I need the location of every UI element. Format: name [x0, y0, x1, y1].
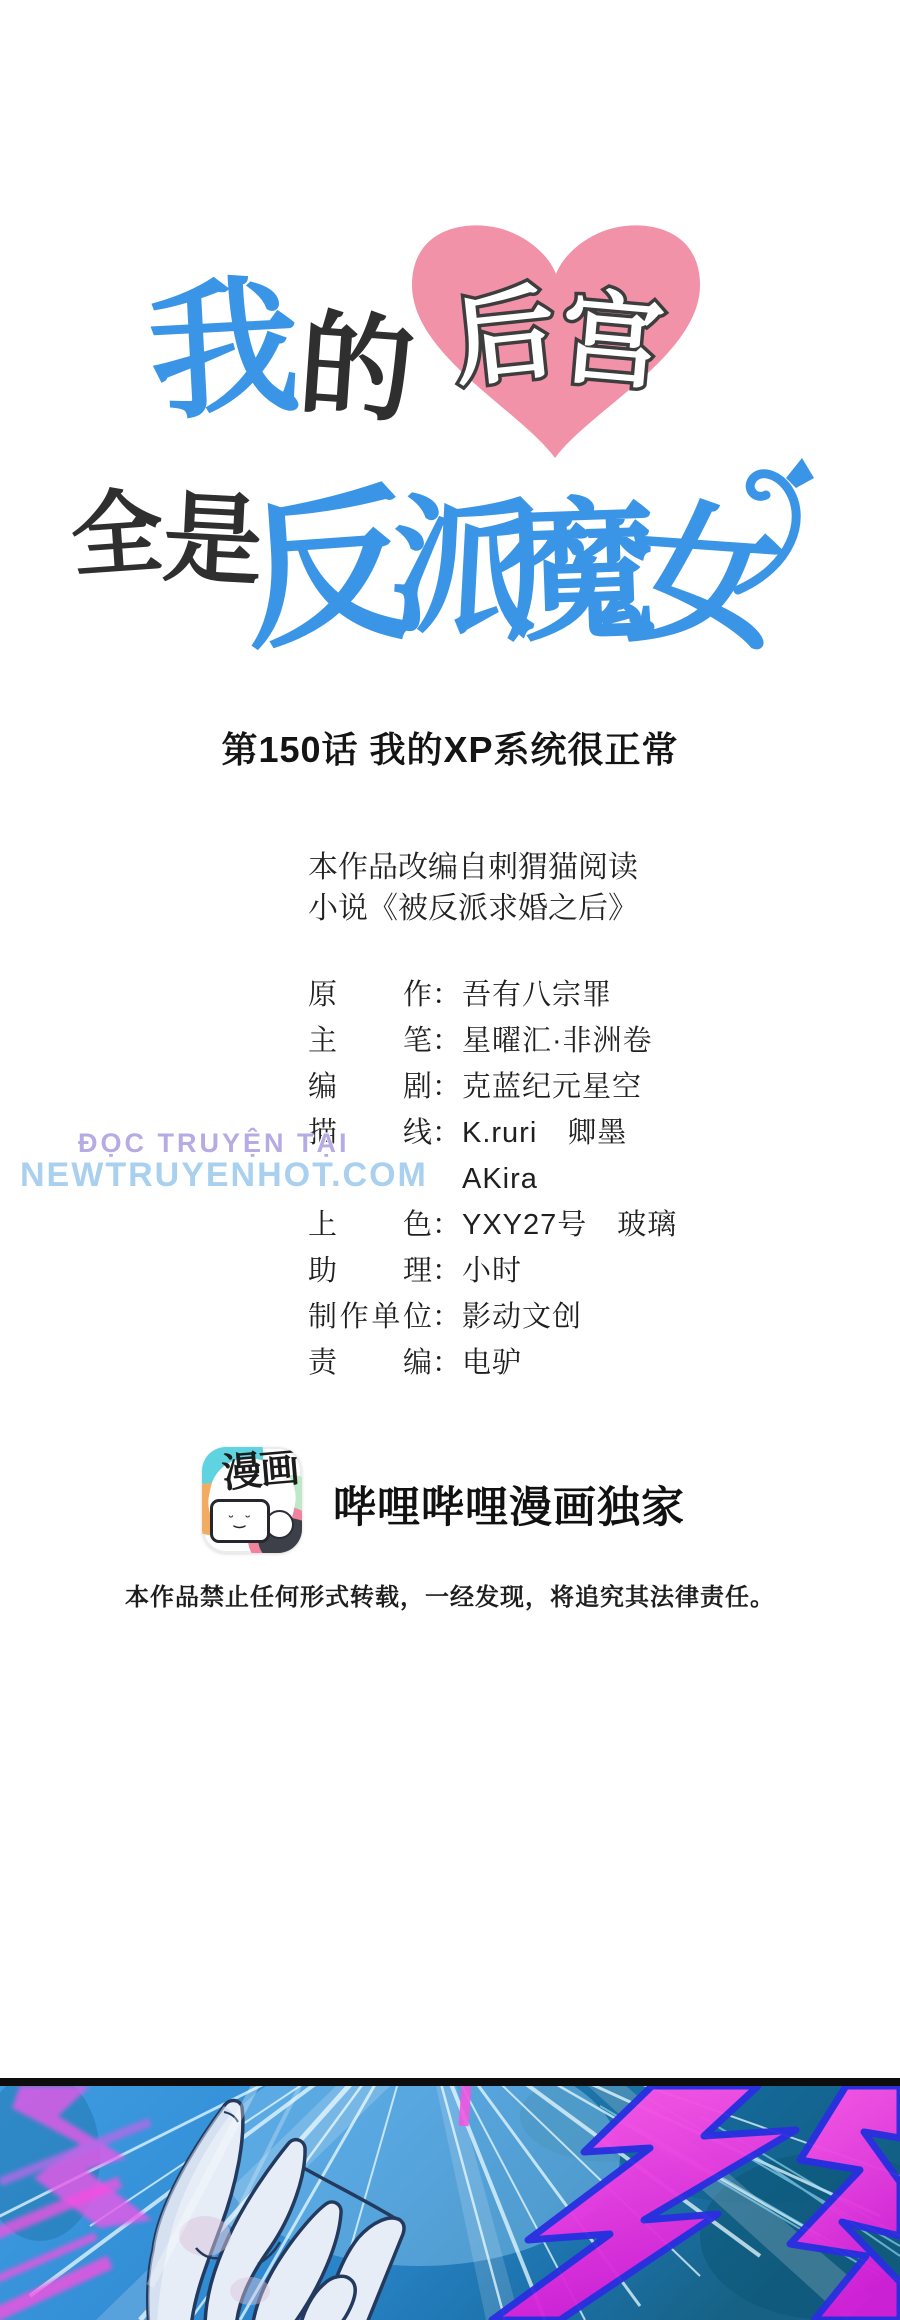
credit-row-color: 上色：YXY27号 玻璃 [308, 1202, 677, 1248]
credit-label: 制作单位 [308, 1294, 432, 1340]
credit-value: 影动文创 [462, 1301, 582, 1333]
credit-row-assistant: 助理：小时 [308, 1248, 677, 1294]
bilibili-comics-app-icon: 漫画 ˘‿˘ [202, 1447, 302, 1553]
credit-value: 电驴 [462, 1347, 522, 1379]
credit-value: 吾有八宗罪 [462, 979, 612, 1011]
tv-face: ˘‿˘ [229, 1513, 251, 1529]
credit-colon: ： [432, 1064, 462, 1110]
title-char-de: 的 [294, 298, 418, 440]
heart-char-gong: 宫 [556, 278, 668, 405]
credit-row-script: 编剧：克蓝纪元星空 [308, 1064, 677, 1110]
credits-list: 原作：吾有八宗罪 主笔：星曜汇·非洲卷 编剧：克蓝纪元星空 描线：K.ruri … [308, 972, 677, 1386]
credit-colon: ： [432, 1248, 462, 1294]
panel-border [0, 2078, 900, 2086]
panel-artwork [0, 2086, 900, 2320]
credit-label: 编剧 [308, 1064, 432, 1110]
copyright-notice: 本作品禁止任何形式转载，一经发现，将追究其法律责任。 [0, 1577, 900, 1612]
title-char-wo: 我 [145, 260, 304, 442]
credit-colon: ： [432, 1294, 462, 1340]
hand-blush-2 [230, 2277, 270, 2305]
credit-label: 助理 [308, 1248, 432, 1294]
credit-row-studio: 制作单位：影动文创 [308, 1294, 677, 1340]
credit-value: YXY27号 玻璃 [462, 1209, 677, 1241]
credit-row-original: 原作：吾有八宗罪 [308, 972, 677, 1018]
credit-value: AKira [462, 1163, 538, 1195]
credit-value: 克蓝纪元星空 [462, 1071, 642, 1103]
heart-char-hou: 后 [447, 273, 561, 402]
credit-colon: ： [432, 1202, 462, 1248]
credit-row-artist: 主笔：星曜汇·非洲卷 [308, 1018, 677, 1064]
manhua-badge-text: 漫画 [220, 1447, 300, 1496]
adaptation-line-2: 小说《被反派求婚之后》 [308, 888, 638, 929]
credit-label: 描线 [308, 1110, 432, 1156]
title-logo: 我 的 后 宫 全 是 反 派 魔 女 [0, 0, 900, 690]
credit-value: K.ruri 卿墨 [462, 1117, 627, 1149]
credit-value: 小时 [462, 1255, 522, 1287]
bilibili-tv-icon: ˘‿˘ [210, 1499, 270, 1543]
credit-label: 责编 [308, 1340, 432, 1386]
credit-label: 上色 [308, 1202, 432, 1248]
credit-colon: ： [432, 1018, 462, 1064]
credit-colon: ： [432, 1340, 462, 1386]
credit-colon: ： [432, 972, 462, 1018]
adaptation-line-1: 本作品改编自刺猬猫阅读 [308, 847, 638, 888]
adaptation-note: 本作品改编自刺猬猫阅读 小说《被反派求婚之后》 [308, 847, 638, 929]
credit-row-editor: 责编：电驴 [308, 1340, 677, 1386]
chapter-title: 第150话 我的XP系统很正常 [0, 722, 900, 773]
credit-label: 原作 [308, 972, 432, 1018]
credit-colon: ： [432, 1110, 462, 1156]
credit-row-lineart: 描线：K.ruri 卿墨 [308, 1110, 677, 1156]
title-char-quan: 全 [67, 478, 166, 591]
credit-row-lineart-cont: AKira [308, 1156, 677, 1202]
credit-label: 主笔 [308, 1018, 432, 1064]
credit-value: 星曜汇·非洲卷 [462, 1025, 653, 1057]
publisher-exclusive-text: 哔哩哔哩漫画独家 [333, 1474, 685, 1535]
comic-title-page: { "title": { "line1": ["我", "的"], "heart… [0, 0, 900, 2320]
